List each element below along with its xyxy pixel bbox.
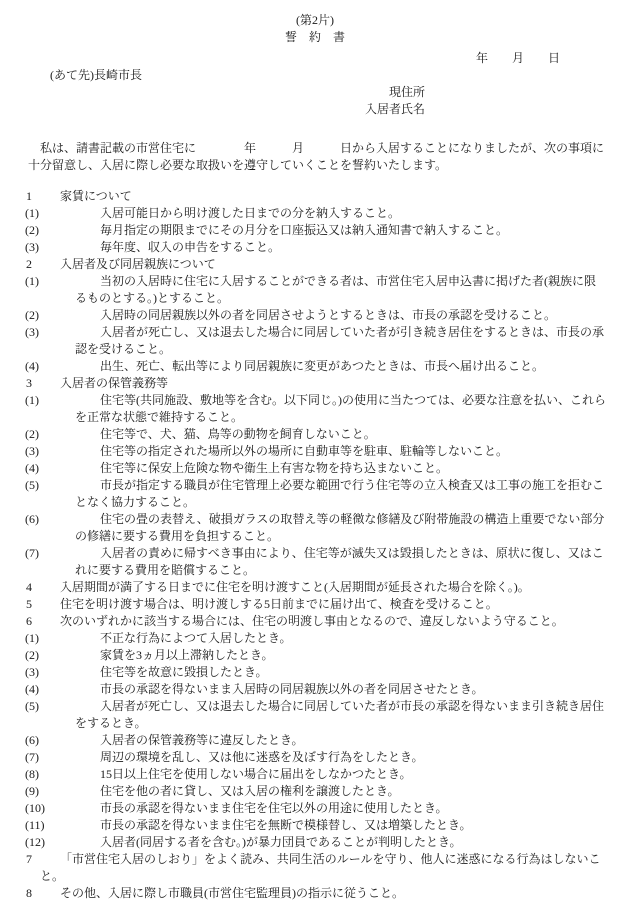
subitem-text: 市長の承認を得ないまま入居時の同居親族以外の者を同居させたとき。 [100,682,484,696]
subitem-6-(7): (7)周辺の環境を乱し、又は他に迷惑を及ぼす行為をしたとき。 [50,749,606,766]
item-number: 6 [33,613,60,630]
item-text: 住宅を明け渡す場合は、明け渡しする5日前までに届け出て、検査を受けること。 [60,597,498,611]
item-1: 1家賃について [33,188,606,205]
subitem-3-(3): (3)住宅等の指定された場所以外の場所に自動車等を駐車、駐輪等しないこと。 [50,443,606,460]
pledge-items: 1家賃について(1)入居可能日から明け渡した日までの分を納入すること。(2)毎月… [0,188,630,902]
subitem-text: 住宅を他の者に貸し、又は入居の権利を譲渡したとき。 [100,784,400,798]
subitem-text: 入居者(同居する者を含む。)が暴力団員であることが判明したとき。 [100,835,462,849]
signer-block: 現住所 入居者氏名 [0,84,425,118]
subitem-1-(3): (3)毎年度、収入の申告をすること。 [50,239,606,256]
subitem-6-(9): (9)住宅を他の者に貸し、又は入居の権利を譲渡したとき。 [50,783,606,800]
subitem-text: 毎月指定の期限までにその月分を口座振込又は納入通知書で納入すること。 [100,223,508,237]
subitem-number: (7) [50,545,100,562]
date-line: 年 月 日 [0,50,630,67]
subitem-number: (6) [50,732,100,749]
resident-name-label: 入居者氏名 [0,101,425,118]
item-text: その他、入居に際し市職員(市営住宅監理員)の指示に従うこと。 [60,886,404,900]
item-2: 2入居者及び同居親族について [33,256,606,273]
subitem-number: (5) [50,698,100,715]
subitem-6-(4): (4)市長の承認を得ないまま入居時の同居親族以外の者を同居させたとき。 [50,681,606,698]
subitem-number: (3) [50,324,100,341]
subitem-text: 不正な行為によつて入居したとき。 [100,631,292,645]
item-number: 4 [33,579,60,596]
item-number: 3 [33,375,60,392]
subitem-number: (4) [50,681,100,698]
current-address-label: 現住所 [0,84,425,101]
pledge-document: (第2片) 誓 約 書 年 月 日 (あて先)長崎市長 現住所 入居者氏名 私は… [0,0,630,903]
subitem-3-(7): (7)入居者の責めに帰すべき事由により、住宅等が滅失又は毀損したときは、原状に復… [50,545,606,579]
subitem-text: 住宅等の指定された場所以外の場所に自動車等を駐車、駐輪等しないこと。 [100,444,508,458]
subitem-text: 入居者が死亡し、又は退去した場合に同居していた者が引き続き居住をするときは、市長… [75,325,604,356]
item-text: 入居期間が満了する日までに住宅を明け渡すこと(入居期間が延長された場合を除く。)… [60,580,530,594]
subitem-text: 住宅等を故意に毀損したとき。 [100,665,268,679]
subitem-6-(8): (8)15日以上住宅を使用しない場合に届出をしなかつたとき。 [50,766,606,783]
subitem-text: 市長の承認を得ないまま住宅を無断で模様替し、又は増築したとき。 [100,818,472,832]
subitem-6-(6): (6)入居者の保管義務等に違反したとき。 [50,732,606,749]
item-number: 5 [33,596,60,613]
item-8: 8その他、入居に際し市職員(市営住宅監理員)の指示に従うこと。 [33,885,606,902]
subitem-number: (3) [50,239,100,256]
item-5: 5住宅を明け渡す場合は、明け渡しする5日前までに届け出て、検査を受けること。 [33,596,606,613]
subitem-number: (12) [50,834,100,851]
item-text: 次のいずれかに該当する場合には、住宅の明渡し事由となるので、違反しないよう守るこ… [60,614,564,628]
subitem-3-(4): (4)住宅等に保安上危険な物や衛生上有害な物を持ち込まないこと。 [50,460,606,477]
addressee: (あて先)長崎市長 [50,67,630,84]
subitem-text: 毎年度、収入の申告をすること。 [100,240,280,254]
subitem-number: (3) [50,443,100,460]
subitem-text: 周辺の環境を乱し、又は他に迷惑を及ぼす行為をしたとき。 [100,750,424,764]
subitem-number: (2) [50,647,100,664]
subitem-6-(11): (11)市長の承認を得ないまま住宅を無断で模様替し、又は増築したとき。 [50,817,606,834]
subitem-number: (2) [50,307,100,324]
item-number: 7 [33,851,60,868]
subitem-number: (9) [50,783,100,800]
subitem-text: 住宅の畳の表替え、破損ガラスの取替え等の軽微な修繕及び附帯施設の構造上重要でない… [75,512,604,543]
subitem-2-(1): (1)当初の入居時に住宅に入居することができる者は、市営住宅入居申込書に掲げた者… [50,273,606,307]
item-7: 7「市営住宅入居のしおり」をよく読み、共同生活のルールを守り、他人に迷惑になる行… [33,851,606,885]
item-text: 入居者及び同居親族について [60,257,216,271]
subitem-number: (1) [50,273,100,290]
subitem-number: (8) [50,766,100,783]
subitem-3-(6): (6)住宅の畳の表替え、破損ガラスの取替え等の軽微な修繕及び附帯施設の構造上重要… [50,511,606,545]
sheet-label: (第2片) [0,12,630,29]
item-number: 1 [33,188,60,205]
subitem-3-(2): (2)住宅等で、犬、猫、鳥等の動物を飼育しないこと。 [50,426,606,443]
item-number: 8 [33,885,60,902]
item-text: 家賃について [60,189,132,203]
subitem-text: 住宅等(共同施設、敷地等を含む。以下同じ。)の使用に当たつては、必要な注意を払い… [75,393,606,424]
subitem-number: (10) [50,800,100,817]
subitem-3-(1): (1)住宅等(共同施設、敷地等を含む。以下同じ。)の使用に当たつては、必要な注意… [50,392,606,426]
intro-paragraph: 私は、請書記載の市営住宅に 年 月 日から入居することになりましたが、次の事項に… [28,140,606,174]
subitem-text: 出生、死亡、転出等により同居親族に変更があつたときは、市長へ届け出ること。 [100,359,544,373]
subitem-text: 15日以上住宅を使用しない場合に届出をしなかつたとき。 [100,767,412,781]
subitem-number: (1) [50,630,100,647]
item-6: 6次のいずれかに該当する場合には、住宅の明渡し事由となるので、違反しないよう守る… [33,613,606,630]
subitem-text: 住宅等で、犬、猫、鳥等の動物を飼育しないこと。 [100,427,376,441]
subitem-2-(2): (2)入居時の同居親族以外の者を同居させようとするときは、市長の承認を受けること… [50,307,606,324]
subitem-number: (3) [50,664,100,681]
subitem-6-(5): (5)入居者が死亡し、又は退去した場合に同居していた者が市長の承認を得ないまま引… [50,698,606,732]
subitem-number: (1) [50,392,100,409]
subitem-text: 入居時の同居親族以外の者を同居させようとするときは、市長の承認を受けること。 [100,308,556,322]
subitem-2-(4): (4)出生、死亡、転出等により同居親族に変更があつたときは、市長へ届け出ること。 [50,358,606,375]
subitem-number: (4) [50,358,100,375]
subitem-6-(1): (1)不正な行為によつて入居したとき。 [50,630,606,647]
item-number: 2 [33,256,60,273]
subitem-text: 住宅等に保安上危険な物や衛生上有害な物を持ち込まないこと。 [100,461,448,475]
document-title: 誓 約 書 [0,29,630,46]
subitem-number: (5) [50,477,100,494]
subitem-6-(10): (10)市長の承認を得ないまま住宅を住宅以外の用途に使用したとき。 [50,800,606,817]
subitem-1-(2): (2)毎月指定の期限までにその月分を口座振込又は納入通知書で納入すること。 [50,222,606,239]
item-text: 入居者の保管義務等 [60,376,168,390]
subitem-text: 市長の承認を得ないまま住宅を住宅以外の用途に使用したとき。 [100,801,448,815]
subitem-3-(5): (5)市長が指定する職員が住宅管理上必要な範囲で行う住宅等の立入検査又は工事の施… [50,477,606,511]
item-3: 3入居者の保管義務等 [33,375,606,392]
subitem-number: (1) [50,205,100,222]
subitem-number: (4) [50,460,100,477]
subitem-text: 市長が指定する職員が住宅管理上必要な範囲で行う住宅等の立入検査又は工事の施工を拒… [75,478,604,509]
subitem-2-(3): (3)入居者が死亡し、又は退去した場合に同居していた者が引き続き居住をするときは… [50,324,606,358]
subitem-number: (2) [50,426,100,443]
subitem-number: (11) [50,817,100,834]
subitem-number: (2) [50,222,100,239]
subitem-6-(12): (12)入居者(同居する者を含む。)が暴力団員であることが判明したとき。 [50,834,606,851]
subitem-number: (6) [50,511,100,528]
subitem-text: 家賃を3ヵ月以上滞納したとき。 [100,648,274,662]
subitem-6-(2): (2)家賃を3ヵ月以上滞納したとき。 [50,647,606,664]
subitem-text: 入居者の保管義務等に違反したとき。 [100,733,304,747]
subitem-number: (7) [50,749,100,766]
subitem-text: 当初の入居時に住宅に入居することができる者は、市営住宅入居申込書に掲げた者(親族… [75,274,596,305]
subitem-text: 入居者の責めに帰すべき事由により、住宅等が滅失又は毀損したときは、原状に復し、又… [75,546,604,577]
item-4: 4入居期間が満了する日までに住宅を明け渡すこと(入居期間が延長された場合を除く。… [33,579,606,596]
subitem-6-(3): (3)住宅等を故意に毀損したとき。 [50,664,606,681]
subitem-text: 入居可能日から明け渡した日までの分を納入すること。 [100,206,400,220]
item-text: 「市営住宅入居のしおり」をよく読み、共同生活のルールを守り、他人に迷惑になる行為… [40,852,600,883]
subitem-text: 入居者が死亡し、又は退去した場合に同居していた者が市長の承認を得ないまま引き続き… [75,699,604,730]
subitem-1-(1): (1)入居可能日から明け渡した日までの分を納入すること。 [50,205,606,222]
